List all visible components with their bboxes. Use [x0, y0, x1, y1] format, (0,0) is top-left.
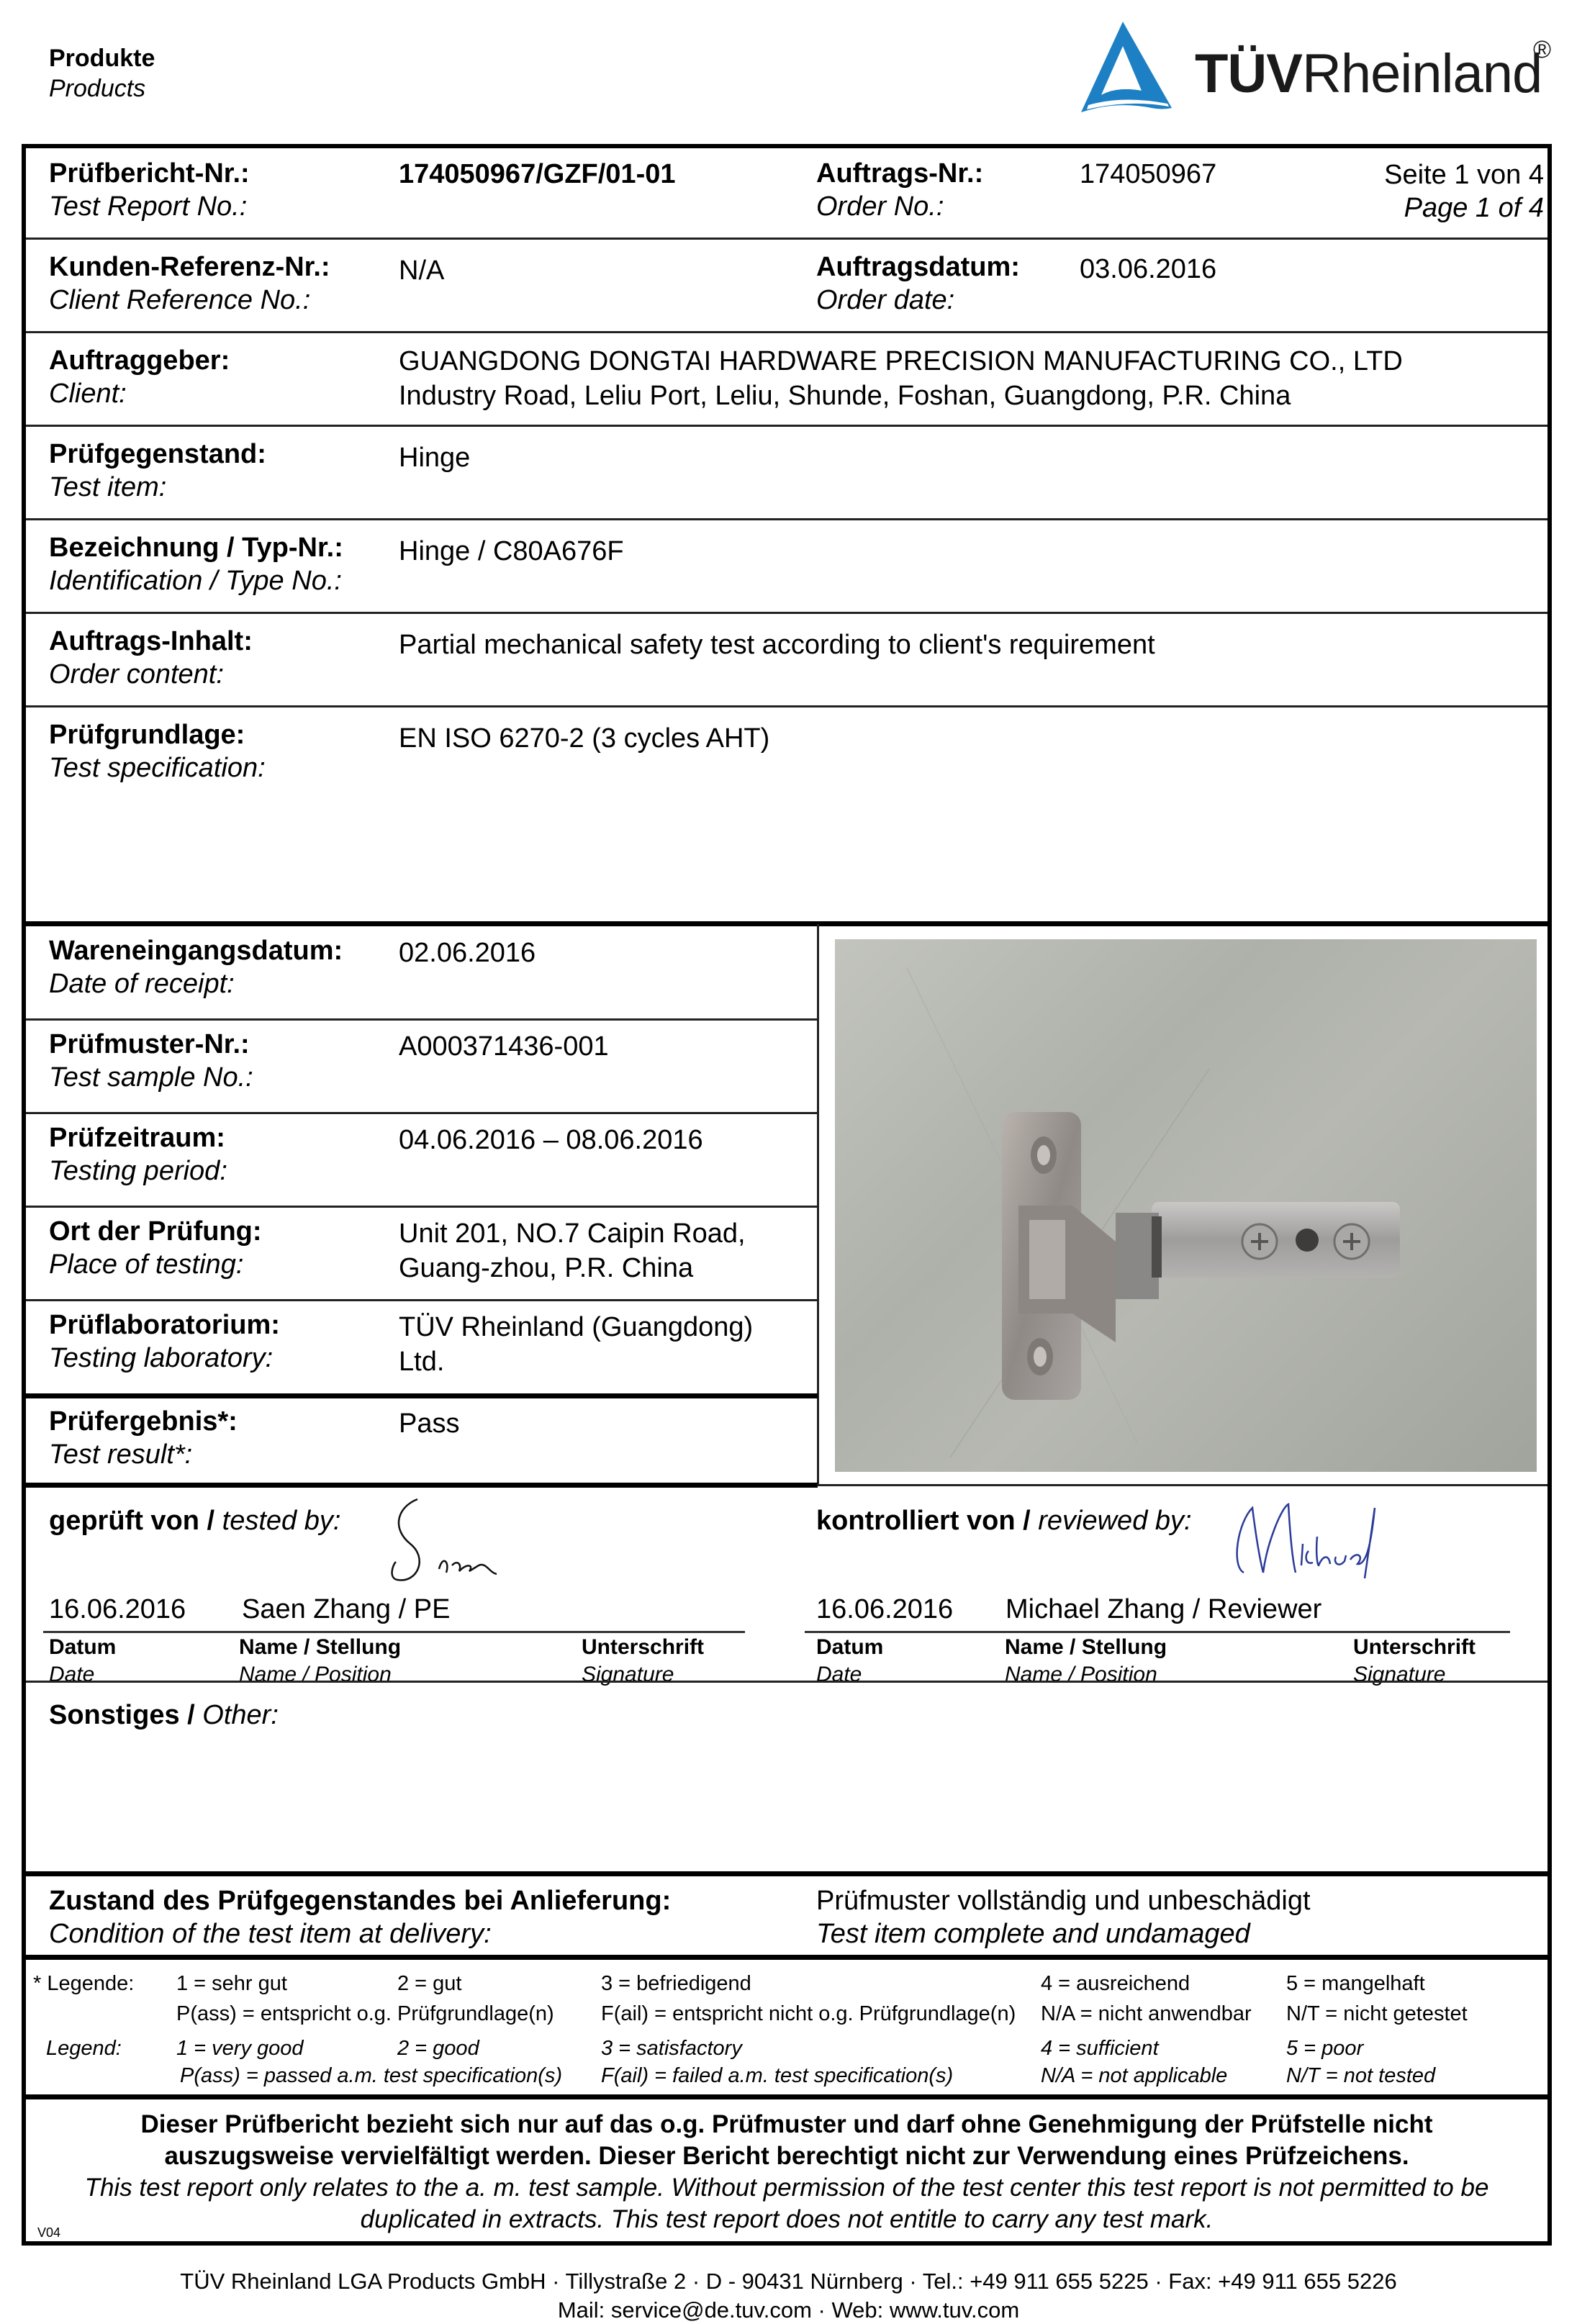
lab-label: Prüflaboratorium: Testing laboratory: [49, 1308, 280, 1375]
logo-rheinland: Rheinland [1302, 43, 1542, 104]
test-spec-label: Prüfgrundlage: Test specification: [49, 718, 266, 785]
disclaimer-en-2: duplicated in extracts. This test report… [26, 2204, 1547, 2235]
form-version: V04 [37, 2225, 60, 2241]
disclaimer: Dieser Prüfbericht bezieht sich nur auf … [26, 2109, 1547, 2235]
sample-no-value: A000371436-001 [399, 1029, 609, 1064]
sample-no-label: Prüfmuster-Nr.: Test sample No.: [49, 1028, 253, 1094]
page-indicator: Seite 1 von 4 Page 1 of 4 [1384, 158, 1544, 225]
receipt-date-label: Wareneingangsdatum: Date of receipt: [49, 934, 343, 1000]
order-date-label: Auftragsdatum: Order date: [816, 250, 1020, 317]
disclaimer-en-1: This test report only relates to the a. … [26, 2172, 1547, 2204]
other-label: Sonstiges / Other: [49, 1699, 279, 1732]
order-no-label: Auftrags-Nr.: Order No.: [816, 157, 983, 223]
page-de: Seite 1 von 4 [1384, 158, 1544, 191]
client-ref-label: Kunden-Referenz-Nr.: Client Reference No… [49, 250, 330, 317]
tested-by-label: geprüft von / tested by: [49, 1504, 340, 1537]
division-en: Products [49, 73, 155, 104]
hinge-illustration [835, 939, 1537, 1472]
order-content-label: Auftrags-Inhalt: Order content: [49, 625, 253, 691]
condition-value-de: Prüfmuster vollständig und unbeschädigt [816, 1884, 1311, 1917]
receipt-date-value: 02.06.2016 [399, 936, 536, 970]
identification-value: Hinge / C80A676F [399, 534, 624, 569]
test-spec-value: EN ISO 6270-2 (3 cycles AHT) [399, 721, 769, 756]
order-content-value: Partial mechanical safety test according… [399, 628, 1155, 662]
test-result-value: Pass [399, 1406, 459, 1441]
legend-title-en: Legend: [46, 2035, 122, 2061]
testing-period-label: Prüfzeitraum: Testing period: [49, 1121, 227, 1188]
reviewed-date: 16.06.2016 [816, 1593, 953, 1626]
test-item-value: Hinge [399, 440, 470, 475]
tested-signature [389, 1493, 540, 1594]
registered-mark: ® [1533, 36, 1551, 64]
identification-label: Bezeichnung / Typ-Nr.: Identification / … [49, 531, 343, 597]
tested-date: 16.06.2016 [49, 1593, 186, 1626]
reviewed-name: Michael Zhang / Reviewer [1006, 1593, 1321, 1626]
legend-title-de: * Legende: [33, 1971, 134, 1997]
client-address: Industry Road, Leliu Port, Leliu, Shunde… [399, 379, 1403, 413]
disclaimer-de-2: auszugsweise vervielfältigt werden. Dies… [26, 2140, 1547, 2172]
lab-value: TÜV Rheinland (Guangdong) Ltd. [399, 1310, 753, 1379]
place-value: Unit 201, NO.7 Caipin Road, Guang-zhou, … [399, 1216, 746, 1285]
condition-value-en: Test item complete and undamaged [816, 1917, 1311, 1950]
order-date-value: 03.06.2016 [1080, 252, 1216, 286]
disclaimer-de-1: Dieser Prüfbericht bezieht sich nur auf … [26, 2109, 1547, 2140]
condition-label: Zustand des Prüfgegenstandes bei Anliefe… [49, 1884, 671, 1950]
test-result-label: Prüfergebnis*: Test result*: [49, 1405, 238, 1471]
document-division: Produkte Products [49, 43, 155, 104]
client-name: GUANGDONG DONGTAI HARDWARE PRECISION MAN… [399, 344, 1403, 379]
reviewed-signature [1224, 1493, 1411, 1587]
logo-wordmark: TÜVRheinland [1195, 42, 1542, 107]
reviewed-by-label: kontrolliert von / reviewed by: [816, 1504, 1192, 1537]
hinge-sample-photo [835, 939, 1537, 1472]
place-label: Ort der Prüfung: Place of testing: [49, 1215, 262, 1281]
client-label: Auftraggeber: Client: [49, 344, 230, 410]
page-en: Page 1 of 4 [1384, 191, 1544, 225]
testing-period-value: 04.06.2016 – 08.06.2016 [399, 1123, 703, 1157]
tuv-rheinland-logo: TÜVRheinland ® [1072, 20, 1562, 121]
test-item-label: Prüfgegenstand: Test item: [49, 438, 266, 504]
footer-contact: Mail: service@de.tuv.com · Web: www.tuv.… [0, 2296, 1577, 2324]
division-de: Produkte [49, 43, 155, 73]
tested-name: Saen Zhang / PE [242, 1593, 450, 1626]
tuv-triangle-icon [1072, 20, 1180, 121]
report-no-value: 174050967/GZF/01-01 [399, 157, 676, 191]
report-no-label: Prüfbericht-Nr.: Test Report No.: [49, 157, 250, 223]
client-value: GUANGDONG DONGTAI HARDWARE PRECISION MAN… [399, 344, 1403, 413]
footer-address: TÜV Rheinland LGA Products GmbH · Tillys… [0, 2267, 1577, 2296]
order-no-value: 174050967 [1080, 157, 1216, 191]
client-ref-value: N/A [399, 253, 444, 288]
condition-value: Prüfmuster vollständig und unbeschädigt … [816, 1884, 1311, 1950]
logo-tuv: TÜV [1195, 43, 1302, 104]
footer: TÜV Rheinland LGA Products GmbH · Tillys… [0, 2267, 1577, 2324]
